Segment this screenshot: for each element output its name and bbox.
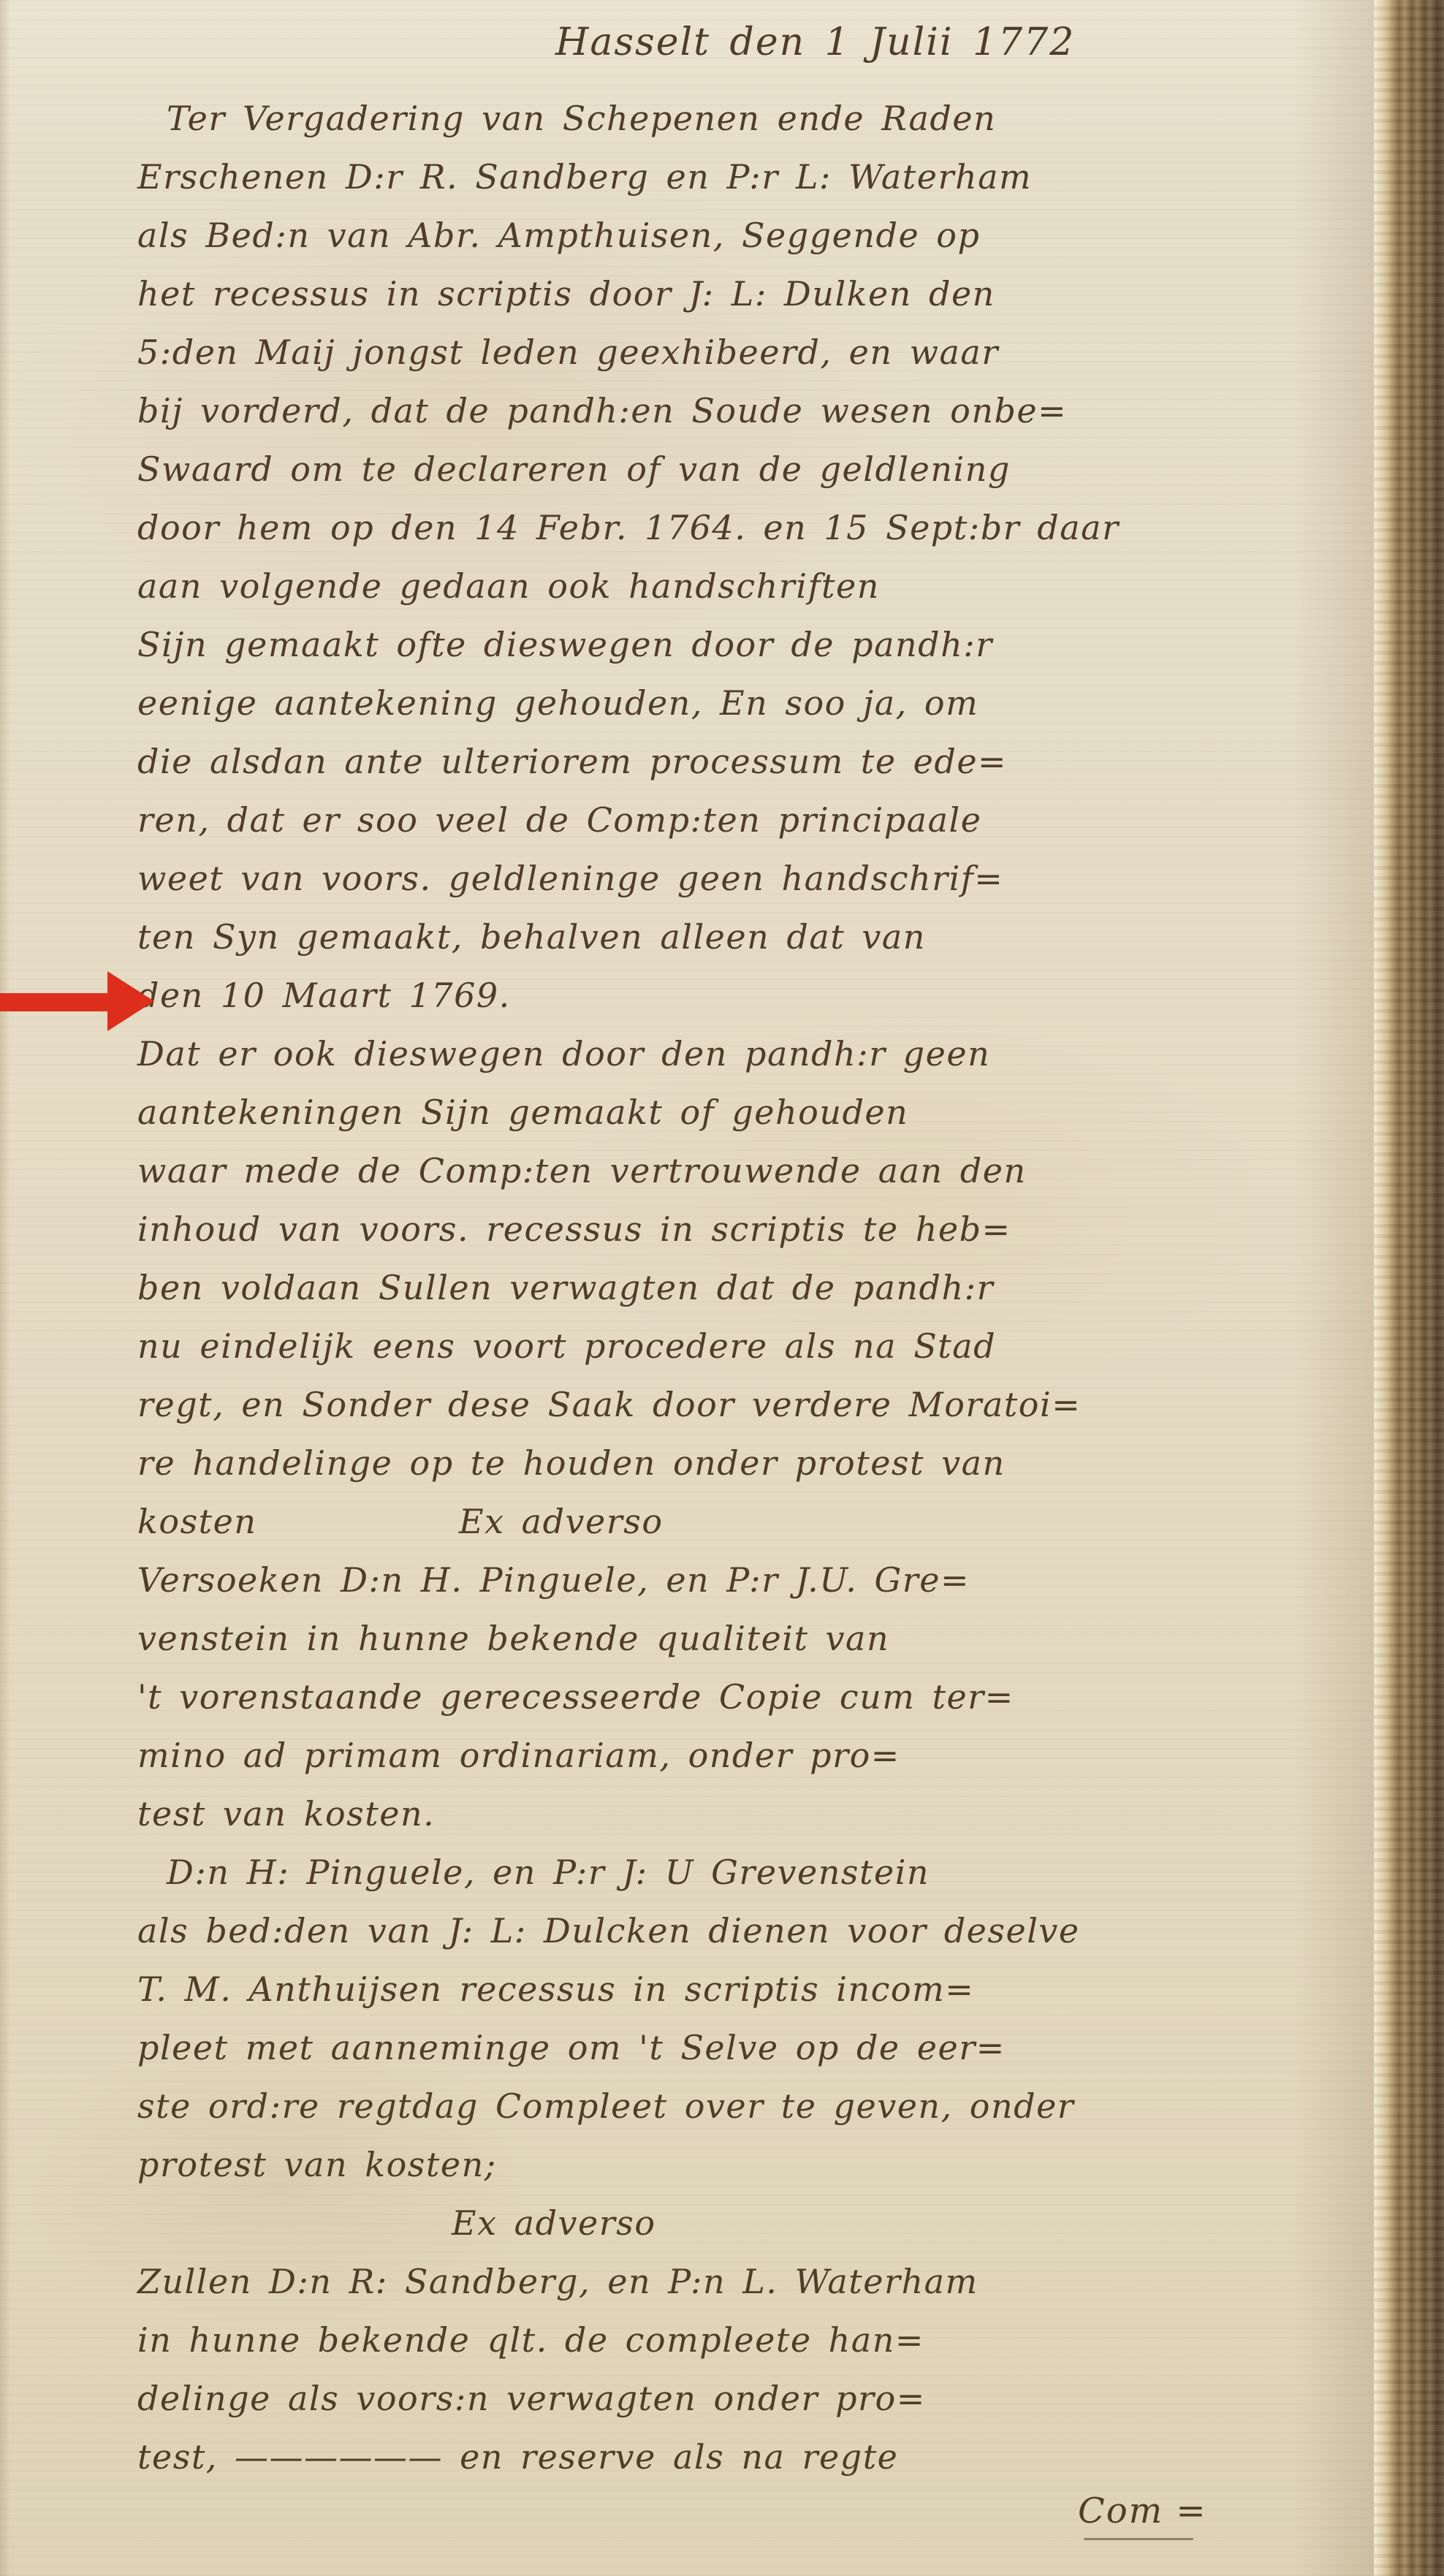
manuscript-line: ten Syn gemaakt, behalven alleen dat van	[137, 908, 1277, 966]
manuscript-line: waar mede de Comp:ten vertrouwende aan d…	[137, 1141, 1277, 1200]
manuscript-line: nu eindelijk eens voort procedere als na…	[137, 1317, 1277, 1375]
arrow-shaft	[0, 993, 110, 1011]
manuscript-line: mino ad primam ordinariam, onder pro=	[137, 1726, 1277, 1785]
manuscript-line-marked: den 10 Maart 1769.	[137, 966, 1277, 1025]
manuscript-line: test, —————— en reserve als na regte	[137, 2428, 1277, 2486]
manuscript-line: 5:den Maij jongst leden geexhibeerd, en …	[137, 323, 1277, 381]
manuscript-line: inhoud van voors. recessus in scriptis t…	[137, 1200, 1277, 1258]
manuscript-line: eenige aantekening gehouden, En soo ja, …	[137, 674, 1277, 732]
manuscript-page: Hasselt den 1 Julii 1772 Ter Vergadering…	[0, 0, 1444, 2576]
book-binding-edge	[1374, 0, 1444, 2576]
manuscript-line: als Bed:n van Abr. Ampthuisen, Seggende …	[137, 206, 1277, 265]
manuscript-line: pleet met aanneminge om 't Selve op de e…	[137, 2018, 1277, 2077]
manuscript-line: T. M. Anthuijsen recessus in scriptis in…	[137, 1960, 1277, 2018]
manuscript-line: Zullen D:n R: Sandberg, en P:n L. Waterh…	[137, 2252, 1277, 2311]
manuscript-line: in hunne bekende qlt. de compleete han=	[137, 2311, 1277, 2369]
page-left-edge	[0, 0, 10, 2576]
manuscript-line: Dat er ook dieswegen door den pandh:r ge…	[137, 1025, 1277, 1083]
manuscript-line: protest van kosten;	[137, 2135, 1277, 2194]
manuscript-line: ste ord:re regtdag Compleet over te geve…	[137, 2077, 1277, 2135]
manuscript-line: Erschenen D:r R. Sandberg en P:r L: Wate…	[137, 148, 1277, 206]
page-dateline: Hasselt den 1 Julii 1772	[555, 20, 1286, 64]
catchword: Com =	[1078, 2490, 1207, 2531]
manuscript-line: re handelinge op te houden onder protest…	[137, 1434, 1277, 1492]
manuscript-line: ren, dat er soo veel de Comp:ten princip…	[137, 791, 1277, 849]
manuscript-line: regt, en Sonder dese Saak door verdere M…	[137, 1375, 1277, 1434]
manuscript-line: weet van voors. geldleninge geen handsch…	[137, 849, 1277, 908]
manuscript-line: 't vorenstaande gerecesseerde Copie cum …	[137, 1668, 1277, 1726]
manuscript-line: het recessus in scriptis door J: L: Dulk…	[137, 265, 1277, 323]
manuscript-line: die alsdan ante ulteriorem processum te …	[137, 732, 1277, 791]
section-heading: Ex adverso	[459, 1492, 664, 1551]
manuscript-line: Versoeken D:n H. Pinguele, en P:r J.U. G…	[137, 1551, 1277, 1609]
manuscript-line: kostenEx adverso	[137, 1492, 1277, 1551]
manuscript-text: Ter Vergadering van Schepenen ende Raden…	[137, 89, 1277, 2486]
manuscript-line: Ter Vergadering van Schepenen ende Raden	[137, 89, 1277, 148]
gutter-shadow	[1293, 0, 1374, 2576]
annotation-arrow-icon	[0, 971, 155, 1031]
manuscript-line: door hem op den 14 Febr. 1764. en 15 Sep…	[137, 498, 1277, 557]
manuscript-line: test van kosten.	[137, 1785, 1277, 1843]
manuscript-line-text: kosten	[137, 1502, 257, 1541]
manuscript-line: ben voldaan Sullen verwagten dat de pand…	[137, 1258, 1277, 1317]
manuscript-line: venstein in hunne bekende qualiteit van	[137, 1609, 1277, 1668]
manuscript-line: aantekeningen Sijn gemaakt of gehouden	[137, 1083, 1277, 1141]
manuscript-line: Swaard om te declareren of van de geldle…	[137, 440, 1277, 498]
arrow-head	[107, 971, 154, 1031]
manuscript-line: als bed:den van J: L: Dulcken dienen voo…	[137, 1901, 1277, 1960]
manuscript-line: bij vorderd, dat de pandh:en Soude wesen…	[137, 381, 1277, 440]
manuscript-line: delinge als voors:n verwagten onder pro=	[137, 2369, 1277, 2428]
manuscript-line: D:n H: Pinguele, en P:r J: U Grevenstein	[137, 1843, 1277, 1901]
section-heading: Ex adverso	[137, 2194, 1277, 2252]
manuscript-line: Sijn gemaakt ofte dieswegen door de pand…	[137, 615, 1277, 674]
manuscript-line: aan volgende gedaan ook handschriften	[137, 557, 1277, 615]
